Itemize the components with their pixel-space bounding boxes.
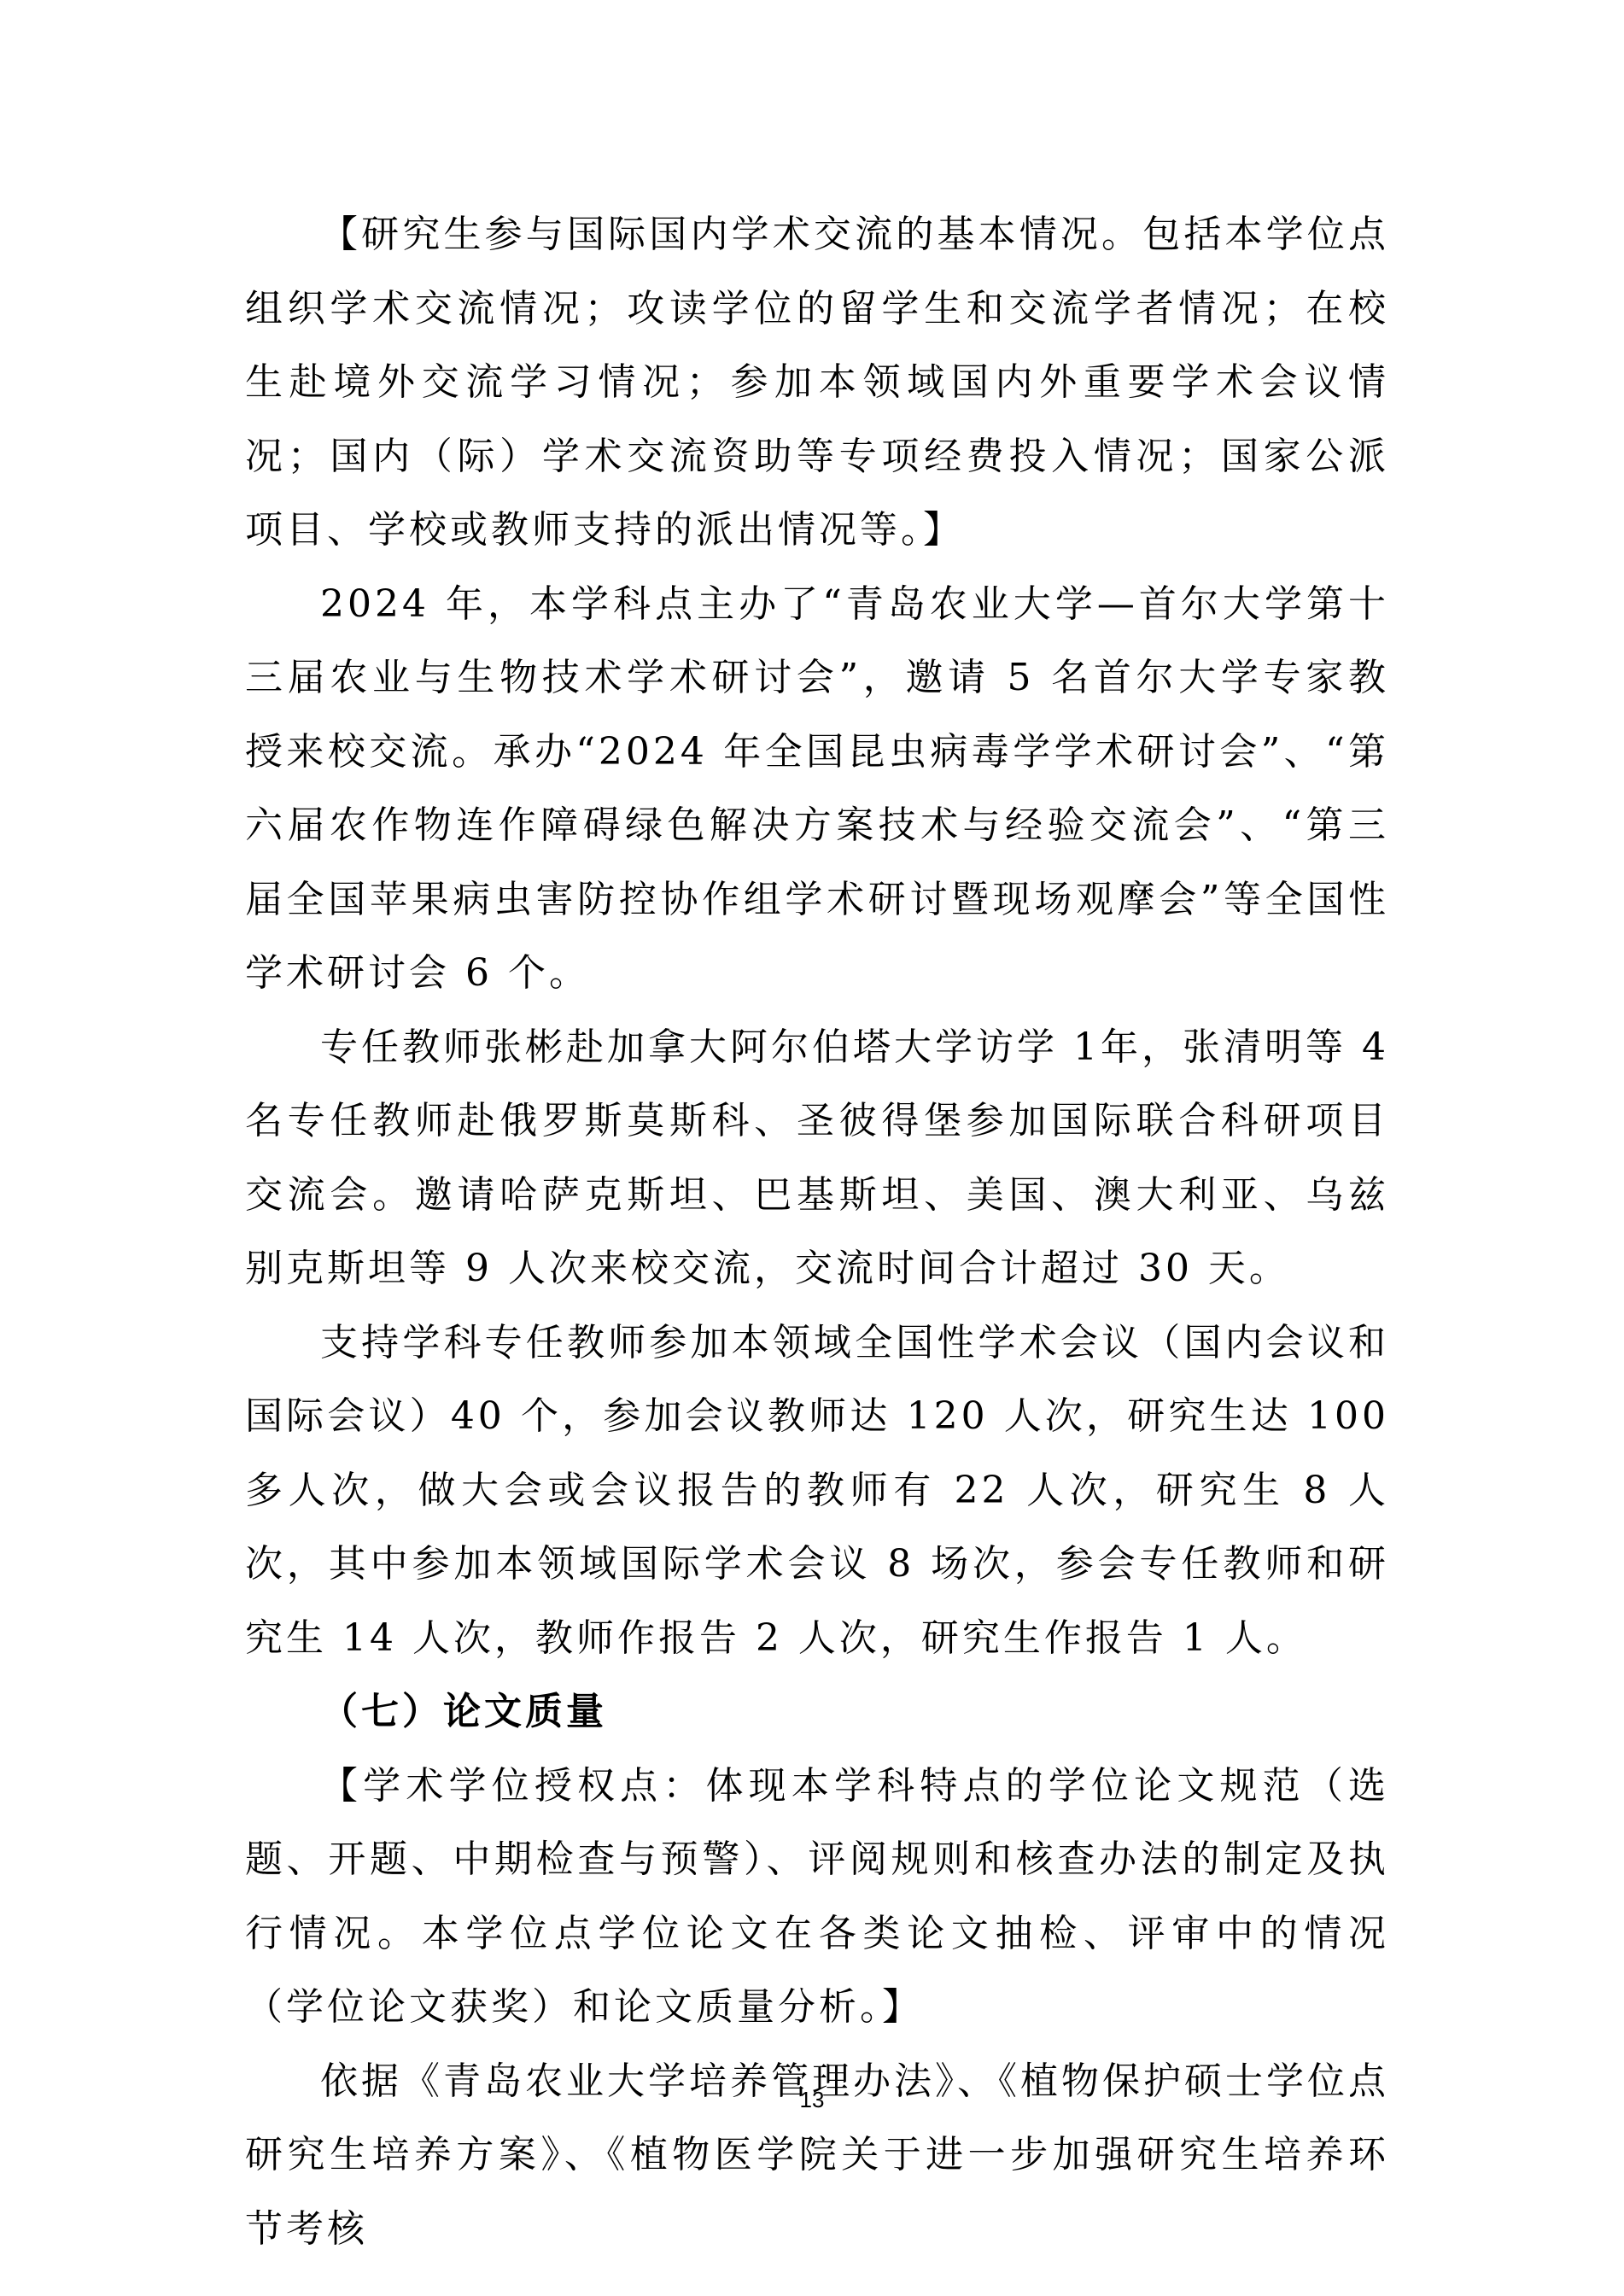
body-paragraph-conferences-hosted: 2024 年，本学科点主办了“青岛农业大学—首尔大学第十三届农业与生物技术学术研… bbox=[245, 568, 1389, 1011]
instruction-paragraph-exchange: 【研究生参与国际国内学术交流的基本情况。包括本学位点组织学术交流情况；攻读学位的… bbox=[245, 198, 1389, 568]
section-heading-thesis-quality: （七）论文质量 bbox=[245, 1675, 1389, 1750]
body-paragraph-visits: 专任教师张彬赴加拿大阿尔伯塔大学访学 1年，张清明等 4 名专任教师赴俄罗斯莫斯… bbox=[245, 1011, 1389, 1306]
document-page: 【研究生参与国际国内学术交流的基本情况。包括本学位点组织学术交流情况；攻读学位的… bbox=[245, 198, 1389, 2266]
page-number: 13 bbox=[0, 2087, 1624, 2113]
body-paragraph-regulations: 依据《青岛农业大学培养管理办法》、《植物保护硕士学位点研究生培养方案》、《植物医… bbox=[245, 2045, 1389, 2267]
instruction-paragraph-thesis: 【学术学位授权点：体现本学科特点的学位论文规范（选题、开题、中期检查与预警）、评… bbox=[245, 1750, 1389, 2045]
body-paragraph-conference-participation: 支持学科专任教师参加本领域全国性学术会议（国内会议和国际会议）40 个，参加会议… bbox=[245, 1306, 1389, 1676]
